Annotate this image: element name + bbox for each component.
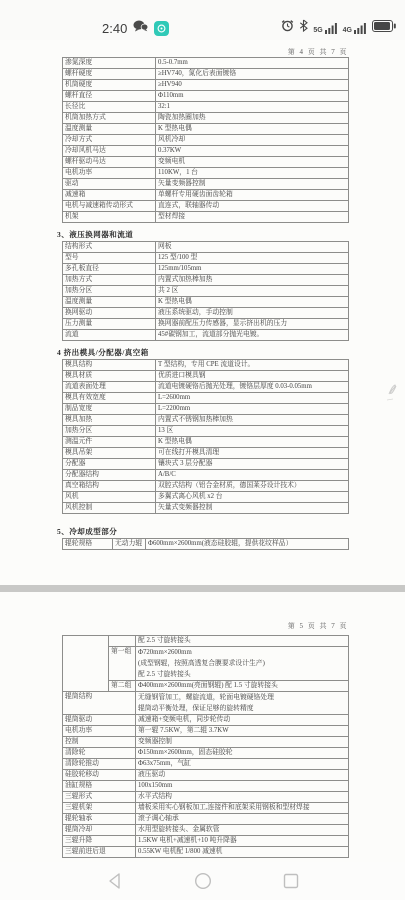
table-cell: 0.5-0.7mm [156,58,349,69]
table-cell: 型材焊接 [156,212,349,223]
table-cell: ≥HV940 [156,80,349,91]
table-cell: 模具材质 [63,371,156,382]
table-cell: 第二组 [109,681,136,692]
table-cell: 三辊机架 [63,803,136,814]
table-cell: 网板 [156,242,349,253]
table-cell: 冷却方式 [63,135,156,146]
table-row: 电机功率第一辊 7.5KW，第二辊 3.7KW [63,726,349,737]
table-cell: 三辊升降 [63,836,136,847]
table-row: 辊筒结构无缝钢管加工，螺旋流道，轮面电镀硬铬处理辊筒动平衡处理，保证足够的旋转精… [63,692,349,715]
table-cell: T 型结构，专用 CPE 流道设计。 [156,360,349,371]
table-cell: 温度测量 [63,124,156,135]
table-cell: Φ63x75mm，气缸 [136,759,349,770]
table-row: 模具结构T 型结构，专用 CPE 流道设计。 [63,360,349,371]
table-cell: 清除轮 [63,748,136,759]
table-cell: 液压系统驱动，手动控制 [156,308,349,319]
table-row: 油缸规格100x150mm [63,781,349,792]
table-row: 多孔板直径125mm/105mm [63,264,349,275]
table-row: 温度测量K 型热电偶 [63,124,349,135]
section-3-title: 3、液压换网器和流道 [57,230,405,239]
table-cell: Φ400mm×2600mm(亮面钢辊) 配 1.5 寸旋转接头 [136,681,349,692]
table-row: 模具吊架可在线打开模具清理 [63,448,349,459]
table-row: 模具加热内置式不锈钢加热棒加热 [63,415,349,426]
table-cell: 螺杆直径 [63,91,156,102]
table-cell: K 型热电偶 [156,297,349,308]
screen-changer-spec-table: 结构形式网板型号125 型/100 型多孔板直径125mm/105mm加热方式内… [62,241,349,341]
alarm-clock-icon [281,19,294,37]
table-row: 电机功率110KW，1 台 [63,168,349,179]
android-nav-bar [0,862,405,900]
table-cell: 机筒加热方式 [63,113,156,124]
screw-barrel-spec-table: 渗氮深度0.5-0.7mm螺杆硬度≥HV740，氮化后表面镀铬机筒硬度≥HV94… [62,57,349,223]
table-cell: 机筒硬度 [63,80,156,91]
table-row: 硅胶轮移动液压驱动 [63,770,349,781]
table-cell: 压力测量 [63,319,156,330]
table-cell: 辊轮规格 [63,539,113,550]
table-cell: 辊轮轴承 [63,814,136,825]
table-cell: 电机功率 [63,168,156,179]
table-cell: 内置式加热棒加热 [156,275,349,286]
table-cell: 减速箱 [63,190,156,201]
table-cell: 机架 [63,212,156,223]
table-cell: 多翼式离心风机 x2 台 [156,492,349,503]
table-row: 真空箱结构双腔式结构（铝合金材质，德国莱芬设计技术） [63,481,349,492]
status-bar-left: 2:40 [102,19,169,37]
section-5-title: 5、冷却成型部分 [57,527,405,536]
page-number-label: 第 4 页 共 7 页 [0,48,405,57]
table-cell: 加热分区 [63,426,156,437]
table-cell: 流道电镀硬铬后抛光处理，镀铬层厚度 0.03-0.05mm [156,382,349,393]
clock-time: 2:40 [102,21,127,36]
table-cell: 电机与减速箱传动形式 [63,201,156,212]
table-row: 结构形式网板 [63,242,349,253]
table-row: 机筒加热方式陶瓷加热圈加热 [63,113,349,124]
table-cell: 32:1 [156,102,349,113]
table-row: 换网驱动液压系统驱动，手动控制 [63,308,349,319]
table-cell: 1.5KW 电机+减速机+10 吨升降器 [136,836,349,847]
table-cell: Φ150mm×2600mm，固态硅胶轮 [136,748,349,759]
phone-screen: 2:40 [0,0,405,900]
table-cell: 100x150mm [136,781,349,792]
table-cell: 制品宽度 [63,404,156,415]
table-row: 机筒硬度≥HV940 [63,80,349,91]
table-row: 清除轮Φ150mm×2600mm，固态硅胶轮 [63,748,349,759]
table-row: 加热分区共 2 区 [63,286,349,297]
table-cell: 第一组 [109,647,136,681]
table-row: 螺杆硬度≥HV740，氮化后表面镀铬 [63,69,349,80]
table-cell: 冷却风机马达 [63,146,156,157]
table-cell: L=2200mm [156,404,349,415]
table-cell: 125mm/105mm [156,264,349,275]
table-row: 三辊形式水平式结构 [63,792,349,803]
table-cell: 水平式结构 [136,792,349,803]
bluetooth-icon [299,19,308,37]
table-row: 风机控制矢量式变频器控制 [63,503,349,514]
table-cell: 辊筒冷却 [63,825,136,836]
network-5g-label: 5G [313,27,322,34]
back-button[interactable] [106,872,124,890]
table-row: 驱动矢量变频器控制 [63,179,349,190]
table-row: 清除轮推动Φ63x75mm，气缸 [63,759,349,770]
table-row: 螺杆驱动马达变频电机 [63,157,349,168]
table-cell: 无动力辊 [113,539,146,550]
table-cell: 变频电机 [156,157,349,168]
table-cell: 加热分区 [63,286,156,297]
table-row: 渗氮深度0.5-0.7mm [63,58,349,69]
roller-unit-spec-table: 配 2.5 寸旋转接头第一组Φ720mm×2600mm(成型钢辊，按照高透复合膜… [62,635,349,858]
table-cell: 流道 [63,330,156,341]
table-cell: 无缝钢管加工，螺旋流道，轮面电镀硬铬处理辊筒动平衡处理，保证足够的旋转精度 [136,692,349,715]
table-row: 三辊机架墙板采用实心钢板加工,连接件和底架采用钢板和型材焊接 [63,803,349,814]
table-row: 配 2.5 寸旋转接头 [63,636,349,647]
table-cell [109,636,136,647]
message-icon [133,19,148,37]
table-cell: 结构形式 [63,242,156,253]
table-row: 模具材质优质进口模具钢 [63,371,349,382]
home-button[interactable] [194,872,212,890]
table-cell: 陶瓷加热圈加热 [156,113,349,124]
table-cell: 滚子调心轴承 [136,814,349,825]
table-cell: 控制 [63,737,136,748]
table-cell: K 型热电偶 [156,124,349,135]
table-row: 螺杆直径Φ110mm [63,91,349,102]
table-cell: 第一辊 7.5KW，第二辊 3.7KW [136,726,349,737]
table-row: 减速箱单螺杆专用硬齿面齿轮箱 [63,190,349,201]
table-cell: 硅胶轮移动 [63,770,136,781]
table-row: 温度测量K 型热电偶 [63,297,349,308]
table-cell: ≥HV740，氮化后表面镀铬 [156,69,349,80]
table-cell: 换网器前配压力传感器，显示挤出机的压力 [156,319,349,330]
table-cell: 矢量式变频器控制 [156,503,349,514]
table-cell: K 型热电偶 [156,437,349,448]
document-viewer[interactable]: 第 4 页 共 7 页 渗氮深度0.5-0.7mm螺杆硬度≥HV740，氮化后表… [0,40,405,862]
table-row: 辊轮规格无动力辊Φ600mm×2600mm(液态硅胶辊，提供花纹样品） [63,539,349,550]
table-cell: 0.37KW [156,146,349,157]
table-cell: 内置式不锈钢加热棒加热 [156,415,349,426]
table-cell: 流道表面处理 [63,382,156,393]
table-row: 辊筒驱动减速箱+变频电机，同步轮传动 [63,715,349,726]
die-distributor-spec-table: 模具结构T 型结构，专用 CPE 流道设计。模具材质优质进口模具钢流道表面处理流… [62,359,349,514]
table-cell: 清除轮推动 [63,759,136,770]
status-bar-right: 5G 4G [281,19,396,37]
table-cell: 变频器控制 [136,737,349,748]
table-cell: 110KW，1 台 [156,168,349,179]
battery-icon [372,19,396,37]
table-cell: 驱动 [63,179,156,190]
table-cell: 墙板采用实心钢板加工,连接件和底架采用钢板和型材焊接 [136,803,349,814]
table-cell: 双腔式结构（铝合金材质，德国莱芬设计技术） [156,481,349,492]
handwritten-mark [385,380,399,415]
table-cell: 模具吊架 [63,448,156,459]
table-row: 制品宽度L=2200mm [63,404,349,415]
table-cell: 可在线打开模具清理 [156,448,349,459]
status-bar: 2:40 [0,0,405,40]
table-cell: 真空箱结构 [63,481,156,492]
page-separator [0,585,405,592]
table-cell: 加热方式 [63,275,156,286]
table-cell: 125 型/100 型 [156,253,349,264]
table-row: 风机多翼式离心风机 x2 台 [63,492,349,503]
table-cell: 电机功率 [63,726,136,737]
recents-button[interactable] [282,872,300,890]
app-badge-icon [154,21,169,36]
table-cell: 镶块式 3 层分配器 [156,459,349,470]
table-row: 分配器结构A/B/C [63,470,349,481]
table-cell: 温度测量 [63,297,156,308]
table-row: 辊轮轴承滚子调心轴承 [63,814,349,825]
table-row: 测温元件K 型热电偶 [63,437,349,448]
table-cell [63,636,109,692]
table-cell: 三辊前进后退 [63,847,136,858]
signal-4g-icon: 4G [343,22,367,34]
table-cell: 水用型旋转接头、金属软管 [136,825,349,836]
table-cell: 优质进口模具钢 [156,371,349,382]
table-cell: 配 2.5 寸旋转接头 [136,636,349,647]
table-cell: 螺杆驱动马达 [63,157,156,168]
table-cell: 型号 [63,253,156,264]
table-row: 冷却方式风机冷却 [63,135,349,146]
table-cell: 分配器结构 [63,470,156,481]
table-cell: 模具结构 [63,360,156,371]
table-cell: 辊筒结构 [63,692,136,715]
table-cell: 油缸规格 [63,781,136,792]
table-cell: 模具加热 [63,415,156,426]
table-cell: Φ600mm×2600mm(液态硅胶辊，提供花纹样品） [146,539,349,550]
table-cell: 矢量变频器控制 [156,179,349,190]
table-cell: 0.55KW 电机配 1/800 减速机 [136,847,349,858]
table-cell: 分配器 [63,459,156,470]
table-cell: 风机控制 [63,503,156,514]
table-cell: 45#碳钢加工，流道部分抛光电镀。 [156,330,349,341]
table-cell: Φ110mm [156,91,349,102]
table-cell: 螺杆硬度 [63,69,156,80]
table-cell: 13 区 [156,426,349,437]
table-cell: 长径比 [63,102,156,113]
table-cell: L=2600mm [156,393,349,404]
table-row: 长径比32:1 [63,102,349,113]
table-row: 加热分区13 区 [63,426,349,437]
table-row: 三辊升降1.5KW 电机+减速机+10 吨升降器 [63,836,349,847]
table-cell: 渗氮深度 [63,58,156,69]
table-cell: 单螺杆专用硬齿面齿轮箱 [156,190,349,201]
table-cell: 测温元件 [63,437,156,448]
table-row: 辊筒冷却水用型旋转接头、金属软管 [63,825,349,836]
table-cell: 风机冷却 [156,135,349,146]
table-row: 加热方式内置式加热棒加热 [63,275,349,286]
table-row: 冷却风机马达0.37KW [63,146,349,157]
document-page-4: 第 4 页 共 7 页 渗氮深度0.5-0.7mm螺杆硬度≥HV740，氮化后表… [0,40,405,585]
table-cell: 换网驱动 [63,308,156,319]
table-row: 型号125 型/100 型 [63,253,349,264]
table-row: 分配器镶块式 3 层分配器 [63,459,349,470]
table-row: 流道45#碳钢加工，流道部分抛光电镀。 [63,330,349,341]
table-row: 电机与减速箱传动形式直连式，联轴器传动 [63,201,349,212]
network-4g-label: 4G [343,27,352,34]
table-cell: 模具有效宽度 [63,393,156,404]
table-row: 机架型材焊接 [63,212,349,223]
table-cell: 三辊形式 [63,792,136,803]
table-row: 控制变频器控制 [63,737,349,748]
table-cell: A/B/C [156,470,349,481]
table-cell: 液压驱动 [136,770,349,781]
table-row: 流道表面处理流道电镀硬铬后抛光处理，镀铬层厚度 0.03-0.05mm [63,382,349,393]
page-number-label: 第 5 页 共 7 页 [0,622,405,631]
table-cell: 减速箱+变频电机，同步轮传动 [136,715,349,726]
cooling-roller-spec-table: 辊轮规格无动力辊Φ600mm×2600mm(液态硅胶辊，提供花纹样品） [62,538,349,550]
table-cell: 共 2 区 [156,286,349,297]
table-row: 模具有效宽度L=2600mm [63,393,349,404]
table-cell: 辊筒驱动 [63,715,136,726]
section-4-title: 4 挤出模具/分配器/真空箱 [57,348,405,357]
signal-5g-icon: 5G [313,22,337,34]
document-page-5: 第 5 页 共 7 页 配 2.5 寸旋转接头第一组Φ720mm×2600mm(… [0,592,405,862]
table-row: 压力测量换网器前配压力传感器，显示挤出机的压力 [63,319,349,330]
table-row: 三辊前进后退0.55KW 电机配 1/800 减速机 [63,847,349,858]
table-cell: 直连式，联轴器传动 [156,201,349,212]
table-cell: 多孔板直径 [63,264,156,275]
table-cell: Φ720mm×2600mm(成型钢辊，按照高透复合膜要求设计生产)配 2.5 寸… [136,647,349,681]
table-cell: 风机 [63,492,156,503]
